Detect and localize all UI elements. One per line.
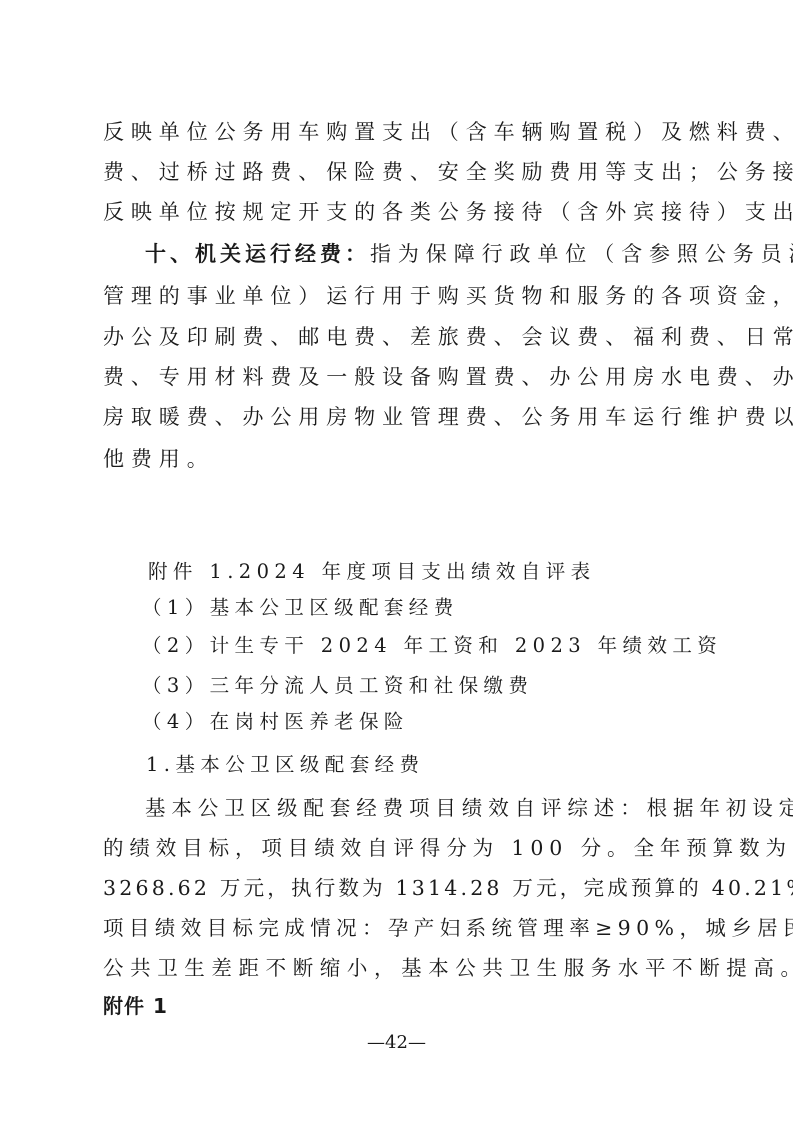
page-number: —42— [0, 1031, 793, 1055]
attachment-list-item: （1）基本公卫区级配套经费 [142, 594, 732, 622]
paragraph-line: 3268.62 万元，执行数为 1314.28 万元，完成预算的 40.21%。 [103, 874, 693, 902]
attachment-list-title: 附件 1.2024 年度项目支出绩效自评表 [148, 558, 738, 586]
attachment-list-item: （4）在岗村医养老保险 [142, 708, 732, 736]
paragraph-line: 费、过桥过路费、保险费、安全奖励费用等支出；公务接待费 [103, 158, 693, 186]
paragraph-line: 反映单位按规定开支的各类公务接待（含外宾接待）支出。 [103, 198, 693, 226]
paragraph-line: 管理的事业单位）运行用于购买货物和服务的各项资金，包括 [103, 282, 693, 310]
attachment-list-item: （3）三年分流人员工资和社保缴费 [142, 672, 732, 700]
paragraph-line: 基本公卫区级配套经费项目绩效自评综述：根据年初设定 [145, 794, 693, 822]
section-ten-first-line: 十、机关运行经费：指为保障行政单位（含参照公务员法 [145, 240, 693, 268]
paragraph-line: 房取暖费、办公用房物业管理费、公务用车运行维护费以及其 [103, 403, 693, 431]
paragraph-line: 费、专用材料费及一般设备购置费、办公用房水电费、办公用 [103, 363, 693, 391]
project-heading: 1.基本公卫区级配套经费 [146, 751, 736, 779]
paragraph-line: 反映单位公务用车购置支出（含车辆购置税）及燃料费、维修 [103, 118, 693, 146]
section-definition: 指为保障行政单位（含参照公务员法 [370, 242, 793, 266]
paragraph-line: 项目绩效目标完成情况：孕产妇系统管理率≥90%，城乡居民 [103, 914, 693, 942]
attachment-label: 附件 1 [103, 992, 693, 1020]
attachment-list-item: （2）计生专干 2024 年工资和 2023 年绩效工资 [142, 632, 732, 660]
paragraph-line: 办公及印刷费、邮电费、差旅费、会议费、福利费、日常维修 [103, 323, 693, 351]
section-term: 十、机关运行经费： [145, 242, 370, 266]
paragraph-line: 他费用。 [103, 445, 693, 473]
paragraph-line: 的绩效目标，项目绩效自评得分为 100 分。全年预算数为 [103, 834, 693, 862]
paragraph-line: 公共卫生差距不断缩小，基本公共卫生服务水平不断提高。 [103, 954, 693, 982]
